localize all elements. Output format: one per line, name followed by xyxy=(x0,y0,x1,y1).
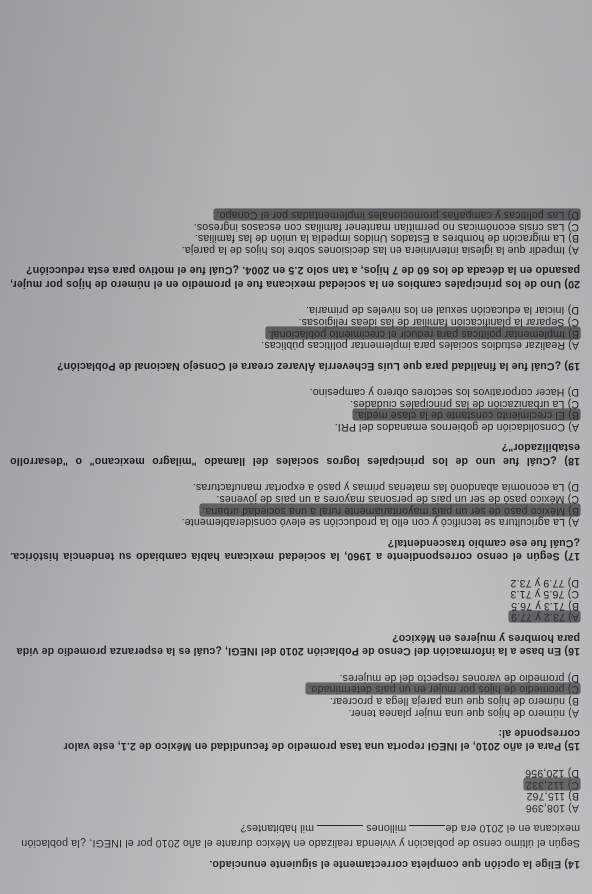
options-list: A) La agricultura se tecnificó y con ell… xyxy=(10,481,580,527)
option-b-marked[interactable]: B) Implementar políticas para reducir el… xyxy=(266,327,580,339)
option-b[interactable]: B) número de hijos que una pareja llega … xyxy=(328,694,580,706)
question-text: Según el último censo de población y viv… xyxy=(10,821,580,849)
question-18: 18) ¿Cuál fue uno de los principales log… xyxy=(10,386,580,467)
option-d[interactable]: D) promedio de varones respecto del de m… xyxy=(337,671,580,683)
question-14: 14) Elige la opción que completa correct… xyxy=(10,766,580,870)
option-d[interactable]: D) Iniciar la educación sexual en los ni… xyxy=(304,304,580,316)
option-c[interactable]: C) México pasó de ser un país de persona… xyxy=(214,492,580,504)
option-b[interactable]: B) 71.3 y 76.5 xyxy=(509,599,580,611)
exam-content: 14) Elige la opción que completa correct… xyxy=(10,198,580,870)
question-text-part: millones xyxy=(366,822,406,834)
answer-blank xyxy=(409,825,445,835)
option-d[interactable]: D) La economía abandonó las materias pri… xyxy=(191,481,580,493)
question-text-part: mil habitantes? xyxy=(240,822,314,834)
options-list: A) Impedir que la iglesia interviniera e… xyxy=(10,209,580,255)
question-title: 17) Según el censo correspondiente a 196… xyxy=(10,535,580,562)
option-a[interactable]: A) Impedir que la iglesia interviniera e… xyxy=(180,243,580,255)
answer-blank xyxy=(317,825,363,835)
option-d[interactable]: D) 77.9 y 73.2 xyxy=(508,576,580,588)
option-d[interactable]: D) 120,956 xyxy=(523,766,580,778)
option-b-marked[interactable]: B) México pasó de ser un país mayoritari… xyxy=(200,504,580,516)
question-title: 16) En base a la información del Censo d… xyxy=(10,630,580,657)
option-b[interactable]: B) La migración de hombres a Estados Uni… xyxy=(193,232,580,244)
option-a-marked[interactable]: A) 73.2 y 77.9 xyxy=(509,611,580,623)
option-a[interactable]: A) Realizar estudios sociales para imple… xyxy=(259,339,580,351)
option-a[interactable]: A) Consolidación de gobiernos emanados d… xyxy=(333,420,580,432)
question-17: 17) Según el censo correspondiente a 196… xyxy=(10,481,580,562)
option-c[interactable]: C) 76.5 y 71.3 xyxy=(508,588,580,600)
question-20: 20) Uno de los principales cambios en la… xyxy=(10,209,580,290)
question-title: 20) Uno de los principales cambios en la… xyxy=(10,263,580,290)
option-d[interactable]: D) Hacer corporativos los sectores obrer… xyxy=(307,386,580,398)
options-list: A) Consolidación de gobiernos emanados d… xyxy=(10,386,580,432)
question-19: 19) ¿Cuál fue la finalidad para que Luis… xyxy=(10,304,580,372)
option-a[interactable]: A) número de hijos que una mujer planea … xyxy=(346,706,580,718)
option-d-marked[interactable]: D) Las políticas y campañas promocionale… xyxy=(214,209,580,221)
option-b-marked[interactable]: B) El crecimiento constante de la clase … xyxy=(353,409,580,421)
exam-page: 14) Elige la opción que completa correct… xyxy=(0,0,592,894)
question-title: 18) ¿Cuál fue uno de los principales log… xyxy=(10,440,580,467)
question-title: 19) ¿Cuál fue la finalidad para que Luis… xyxy=(10,358,580,371)
options-list: A) número de hijos que una mujer planea … xyxy=(10,671,580,717)
option-c[interactable]: C) Las crisis económicas no permitían ma… xyxy=(192,220,580,232)
option-b[interactable]: B) 115,762 xyxy=(524,790,580,802)
question-16: 16) En base a la información del Censo d… xyxy=(10,576,580,657)
question-title: 15) Para el año 2010, el INEGI reporta u… xyxy=(10,726,580,753)
option-c-marked[interactable]: C) promedio de hijos por mujer en un paí… xyxy=(306,683,580,695)
option-a[interactable]: A) La agricultura se tecnificó y con ell… xyxy=(179,516,580,528)
question-15: 15) Para el año 2010, el INEGI reporta u… xyxy=(10,671,580,752)
options-list: A) 108,396 B) 115,762 C) 112,332 D) 120,… xyxy=(10,766,580,812)
option-c[interactable]: C) La urbanización de las principales ci… xyxy=(348,397,580,409)
option-a[interactable]: A) 108,396 xyxy=(524,801,580,813)
options-list: A) 73.2 y 77.9 B) 71.3 y 76.5 C) 76.5 y … xyxy=(10,576,580,622)
option-c-marked[interactable]: C) 112,332 xyxy=(524,778,580,790)
question-title: 14) Elige la opción que completa correct… xyxy=(10,857,580,870)
options-list: A) Realizar estudios sociales para imple… xyxy=(10,304,580,350)
option-c[interactable]: C) Separar la planificación familiar de … xyxy=(296,315,580,327)
